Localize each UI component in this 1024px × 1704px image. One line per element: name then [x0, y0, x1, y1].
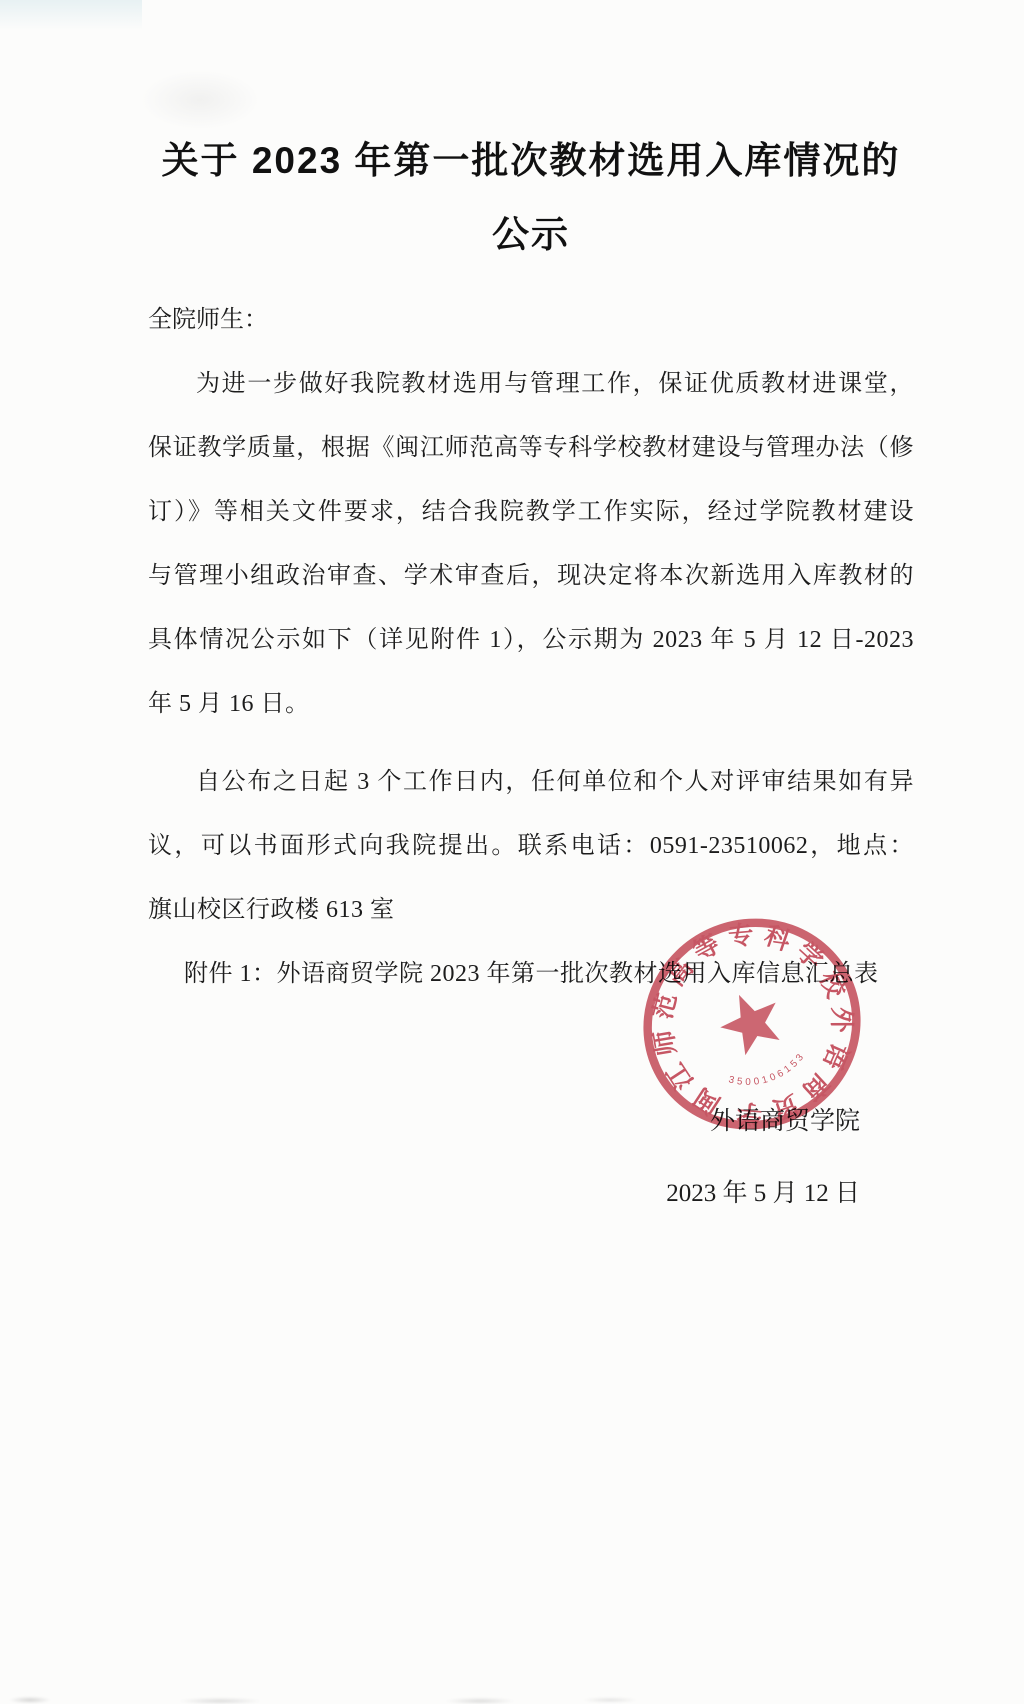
scan-artifact-top: [0, 0, 142, 30]
signature-name: 外语商贸学院: [148, 1086, 860, 1158]
title-line-1: 关于 2023 年第一批次教材选用入库情况的: [148, 124, 914, 198]
body-line: 保证教学质量，根据《闽江师范高等专科学校教材建设与管理办法（修: [148, 416, 914, 480]
title-line-2: 公示: [148, 198, 914, 272]
paragraph-2: 自公布之日起 3 个工作日内，任何单位和个人对评审结果如有异 议，可以书面形式向…: [148, 750, 914, 942]
paragraph-attachment: 附件 1：外语商贸学院 2023 年第一批次教材选用入库信息汇总表: [148, 942, 914, 1006]
body-line: 为进一步做好我院教材选用与管理工作，保证优质教材进课堂，: [148, 352, 914, 416]
body-line: 具体情况公示如下（详见附件 1），公示期为 2023 年 5 月 12 日-20…: [148, 608, 914, 672]
announcement-document: 关于 2023 年第一批次教材选用入库情况的 公示 全院师生： 为进一步做好我院…: [148, 0, 914, 1230]
body-line: 旗山校区行政楼 613 室: [148, 878, 914, 942]
body-line: 订）》等相关文件要求，结合我院教学工作实际，经过学院教材建设: [148, 480, 914, 544]
body-line: 年 5 月 16 日。: [148, 672, 914, 736]
attachment-line: 附件 1：外语商贸学院 2023 年第一批次教材选用入库信息汇总表: [148, 942, 914, 1006]
salutation: 全院师生：: [148, 288, 914, 352]
body-line: 议，可以书面形式向我院提出。联系电话：0591-23510062，地点：: [148, 814, 914, 878]
signature-date: 2023 年 5 月 12 日: [148, 1158, 860, 1230]
document-page: 关于 2023 年第一批次教材选用入库情况的 公示 全院师生： 为进一步做好我院…: [0, 0, 1024, 1704]
scan-artifact-bottom: [0, 1688, 1024, 1704]
paragraph-1: 为进一步做好我院教材选用与管理工作，保证优质教材进课堂， 保证教学质量，根据《闽…: [148, 352, 914, 736]
body-line: 自公布之日起 3 个工作日内，任何单位和个人对评审结果如有异: [148, 750, 914, 814]
body-line: 与管理小组政治审查、学术审查后，现决定将本次新选用入库教材的: [148, 544, 914, 608]
signature-block: 外语商贸学院 2023 年 5 月 12 日: [148, 1086, 914, 1230]
document-title: 关于 2023 年第一批次教材选用入库情况的 公示: [148, 124, 914, 272]
